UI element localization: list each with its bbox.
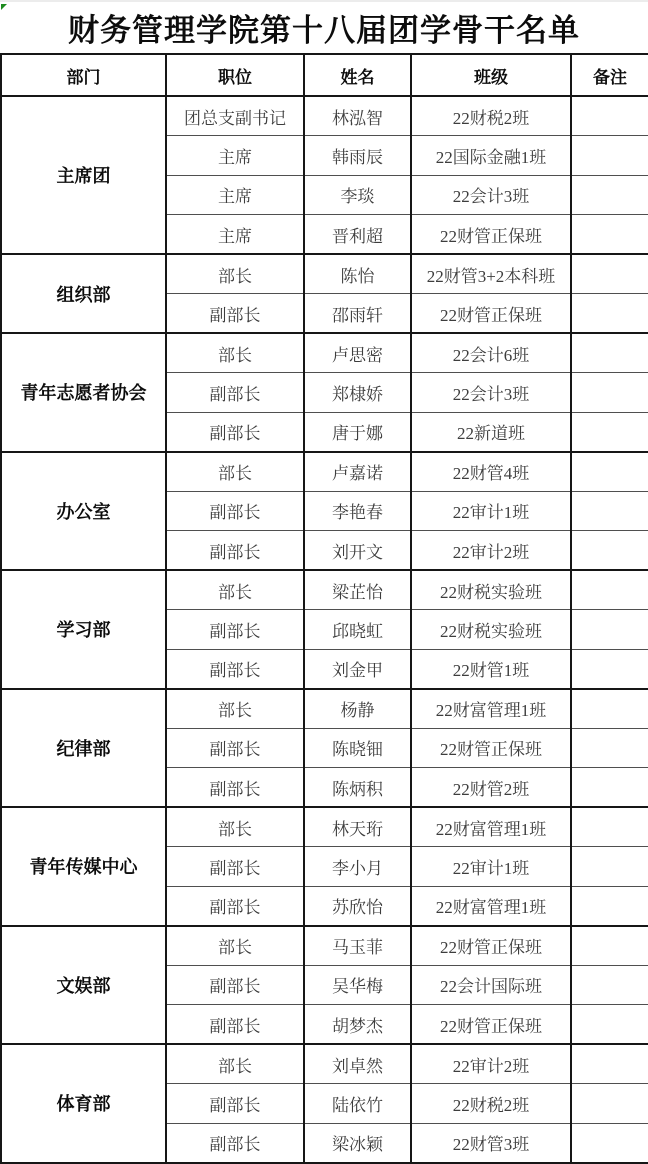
note-cell xyxy=(571,1044,648,1084)
class-cell: 22财管正保班 xyxy=(411,215,571,255)
name-cell: 邱晓虹 xyxy=(304,610,411,650)
note-cell xyxy=(571,1005,648,1045)
table-row: 青年志愿者协会部长卢思密22会计6班 xyxy=(1,333,648,373)
name-cell: 李小月 xyxy=(304,847,411,887)
position-cell: 副部长 xyxy=(166,491,304,531)
note-cell xyxy=(571,491,648,531)
position-cell: 副部长 xyxy=(166,412,304,452)
note-cell xyxy=(571,136,648,176)
position-cell: 副部长 xyxy=(166,1084,304,1124)
note-cell xyxy=(571,965,648,1005)
header-cell-department: 部门 xyxy=(1,54,166,96)
name-cell: 陈怡 xyxy=(304,254,411,294)
position-cell: 副部长 xyxy=(166,649,304,689)
position-cell: 部长 xyxy=(166,570,304,610)
header-cell-class: 班级 xyxy=(411,54,571,96)
class-cell: 22审计1班 xyxy=(411,491,571,531)
name-cell: 刘金甲 xyxy=(304,649,411,689)
note-cell xyxy=(571,570,648,610)
roster-table: 部门 职位 姓名 班级 备注 主席团团总支副书记林泓智22财税2班主席韩雨辰22… xyxy=(0,53,648,1164)
position-cell: 部长 xyxy=(166,1044,304,1084)
note-cell xyxy=(571,1084,648,1124)
table-row: 体育部部长刘卓然22审计2班 xyxy=(1,1044,648,1084)
class-cell: 22会计3班 xyxy=(411,373,571,413)
position-cell: 副部长 xyxy=(166,373,304,413)
position-cell: 副部长 xyxy=(166,294,304,334)
table-row: 纪律部部长杨静22财富管理1班 xyxy=(1,689,648,729)
class-cell: 22财管4班 xyxy=(411,452,571,492)
name-cell: 卢思密 xyxy=(304,333,411,373)
class-cell: 22审计2班 xyxy=(411,1044,571,1084)
note-cell xyxy=(571,96,648,136)
name-cell: 胡梦杰 xyxy=(304,1005,411,1045)
class-cell: 22国际金融1班 xyxy=(411,136,571,176)
note-cell xyxy=(571,215,648,255)
note-cell xyxy=(571,531,648,571)
name-cell: 韩雨辰 xyxy=(304,136,411,176)
header-cell-name: 姓名 xyxy=(304,54,411,96)
position-cell: 部长 xyxy=(166,689,304,729)
class-cell: 22财富管理1班 xyxy=(411,886,571,926)
department-cell: 体育部 xyxy=(1,1044,166,1163)
class-cell: 22财富管理1班 xyxy=(411,689,571,729)
class-cell: 22财税实验班 xyxy=(411,610,571,650)
position-cell: 主席 xyxy=(166,175,304,215)
department-cell: 青年志愿者协会 xyxy=(1,333,166,452)
note-cell xyxy=(571,254,648,294)
name-cell: 吴华梅 xyxy=(304,965,411,1005)
note-cell xyxy=(571,412,648,452)
name-cell: 苏欣怡 xyxy=(304,886,411,926)
name-cell: 陈晓钿 xyxy=(304,728,411,768)
table-body: 主席团团总支副书记林泓智22财税2班主席韩雨辰22国际金融1班主席李琰22会计3… xyxy=(1,96,648,1163)
class-cell: 22财管2班 xyxy=(411,768,571,808)
name-cell: 陈炳积 xyxy=(304,768,411,808)
department-cell: 主席团 xyxy=(1,96,166,254)
position-cell: 主席 xyxy=(166,215,304,255)
department-cell: 文娱部 xyxy=(1,926,166,1045)
note-cell xyxy=(571,610,648,650)
position-cell: 部长 xyxy=(166,926,304,966)
position-cell: 团总支副书记 xyxy=(166,96,304,136)
class-cell: 22审计2班 xyxy=(411,531,571,571)
position-cell: 副部长 xyxy=(166,965,304,1005)
table-row: 文娱部部长马玉菲22财管正保班 xyxy=(1,926,648,966)
class-cell: 22财管正保班 xyxy=(411,294,571,334)
name-cell: 李艳春 xyxy=(304,491,411,531)
position-cell: 部长 xyxy=(166,452,304,492)
note-cell xyxy=(571,768,648,808)
position-cell: 副部长 xyxy=(166,847,304,887)
position-cell: 主席 xyxy=(166,136,304,176)
department-cell: 学习部 xyxy=(1,570,166,689)
class-cell: 22审计1班 xyxy=(411,847,571,887)
note-cell xyxy=(571,847,648,887)
note-cell xyxy=(571,886,648,926)
position-cell: 副部长 xyxy=(166,610,304,650)
class-cell: 22财管正保班 xyxy=(411,926,571,966)
note-cell xyxy=(571,294,648,334)
position-cell: 副部长 xyxy=(166,768,304,808)
name-cell: 杨静 xyxy=(304,689,411,729)
class-cell: 22会计国际班 xyxy=(411,965,571,1005)
name-cell: 马玉菲 xyxy=(304,926,411,966)
note-cell xyxy=(571,926,648,966)
position-cell: 副部长 xyxy=(166,886,304,926)
note-cell xyxy=(571,452,648,492)
document-page: 财务管理学院第十八届团学骨干名单 部门 职位 姓名 班级 备注 主席团团总支副书… xyxy=(0,0,648,1164)
table-header-row: 部门 职位 姓名 班级 备注 xyxy=(1,54,648,96)
department-cell: 纪律部 xyxy=(1,689,166,808)
class-cell: 22财税实验班 xyxy=(411,570,571,610)
table-row: 办公室部长卢嘉诺22财管4班 xyxy=(1,452,648,492)
table-row: 主席团团总支副书记林泓智22财税2班 xyxy=(1,96,648,136)
note-cell xyxy=(571,373,648,413)
table-row: 学习部部长梁芷怡22财税实验班 xyxy=(1,570,648,610)
name-cell: 唐于娜 xyxy=(304,412,411,452)
note-cell xyxy=(571,333,648,373)
department-cell: 办公室 xyxy=(1,452,166,571)
class-cell: 22财管1班 xyxy=(411,649,571,689)
name-cell: 卢嘉诺 xyxy=(304,452,411,492)
page-title: 财务管理学院第十八届团学骨干名单 xyxy=(0,2,648,53)
note-cell xyxy=(571,649,648,689)
name-cell: 林天珩 xyxy=(304,807,411,847)
position-cell: 部长 xyxy=(166,807,304,847)
name-cell: 梁冰颖 xyxy=(304,1123,411,1163)
class-cell: 22财富管理1班 xyxy=(411,807,571,847)
note-cell xyxy=(571,689,648,729)
class-cell: 22新道班 xyxy=(411,412,571,452)
name-cell: 郑棣娇 xyxy=(304,373,411,413)
header-cell-position: 职位 xyxy=(166,54,304,96)
note-cell xyxy=(571,175,648,215)
name-cell: 晋利超 xyxy=(304,215,411,255)
position-cell: 部长 xyxy=(166,333,304,373)
name-cell: 李琰 xyxy=(304,175,411,215)
class-cell: 22财税2班 xyxy=(411,96,571,136)
position-cell: 副部长 xyxy=(166,728,304,768)
class-cell: 22会计3班 xyxy=(411,175,571,215)
name-cell: 刘开文 xyxy=(304,531,411,571)
green-corner-marker-icon xyxy=(1,4,7,10)
note-cell xyxy=(571,728,648,768)
position-cell: 部长 xyxy=(166,254,304,294)
class-cell: 22财管正保班 xyxy=(411,1005,571,1045)
name-cell: 林泓智 xyxy=(304,96,411,136)
position-cell: 副部长 xyxy=(166,1005,304,1045)
position-cell: 副部长 xyxy=(166,1123,304,1163)
class-cell: 22会计6班 xyxy=(411,333,571,373)
name-cell: 梁芷怡 xyxy=(304,570,411,610)
name-cell: 刘卓然 xyxy=(304,1044,411,1084)
note-cell xyxy=(571,1123,648,1163)
class-cell: 22财管3班 xyxy=(411,1123,571,1163)
note-cell xyxy=(571,807,648,847)
name-cell: 邵雨轩 xyxy=(304,294,411,334)
department-cell: 组织部 xyxy=(1,254,166,333)
department-cell: 青年传媒中心 xyxy=(1,807,166,926)
class-cell: 22财管3+2本科班 xyxy=(411,254,571,294)
table-row: 青年传媒中心部长林天珩22财富管理1班 xyxy=(1,807,648,847)
name-cell: 陆依竹 xyxy=(304,1084,411,1124)
position-cell: 副部长 xyxy=(166,531,304,571)
class-cell: 22财管正保班 xyxy=(411,728,571,768)
table-row: 组织部部长陈怡22财管3+2本科班 xyxy=(1,254,648,294)
header-cell-note: 备注 xyxy=(571,54,648,96)
class-cell: 22财税2班 xyxy=(411,1084,571,1124)
